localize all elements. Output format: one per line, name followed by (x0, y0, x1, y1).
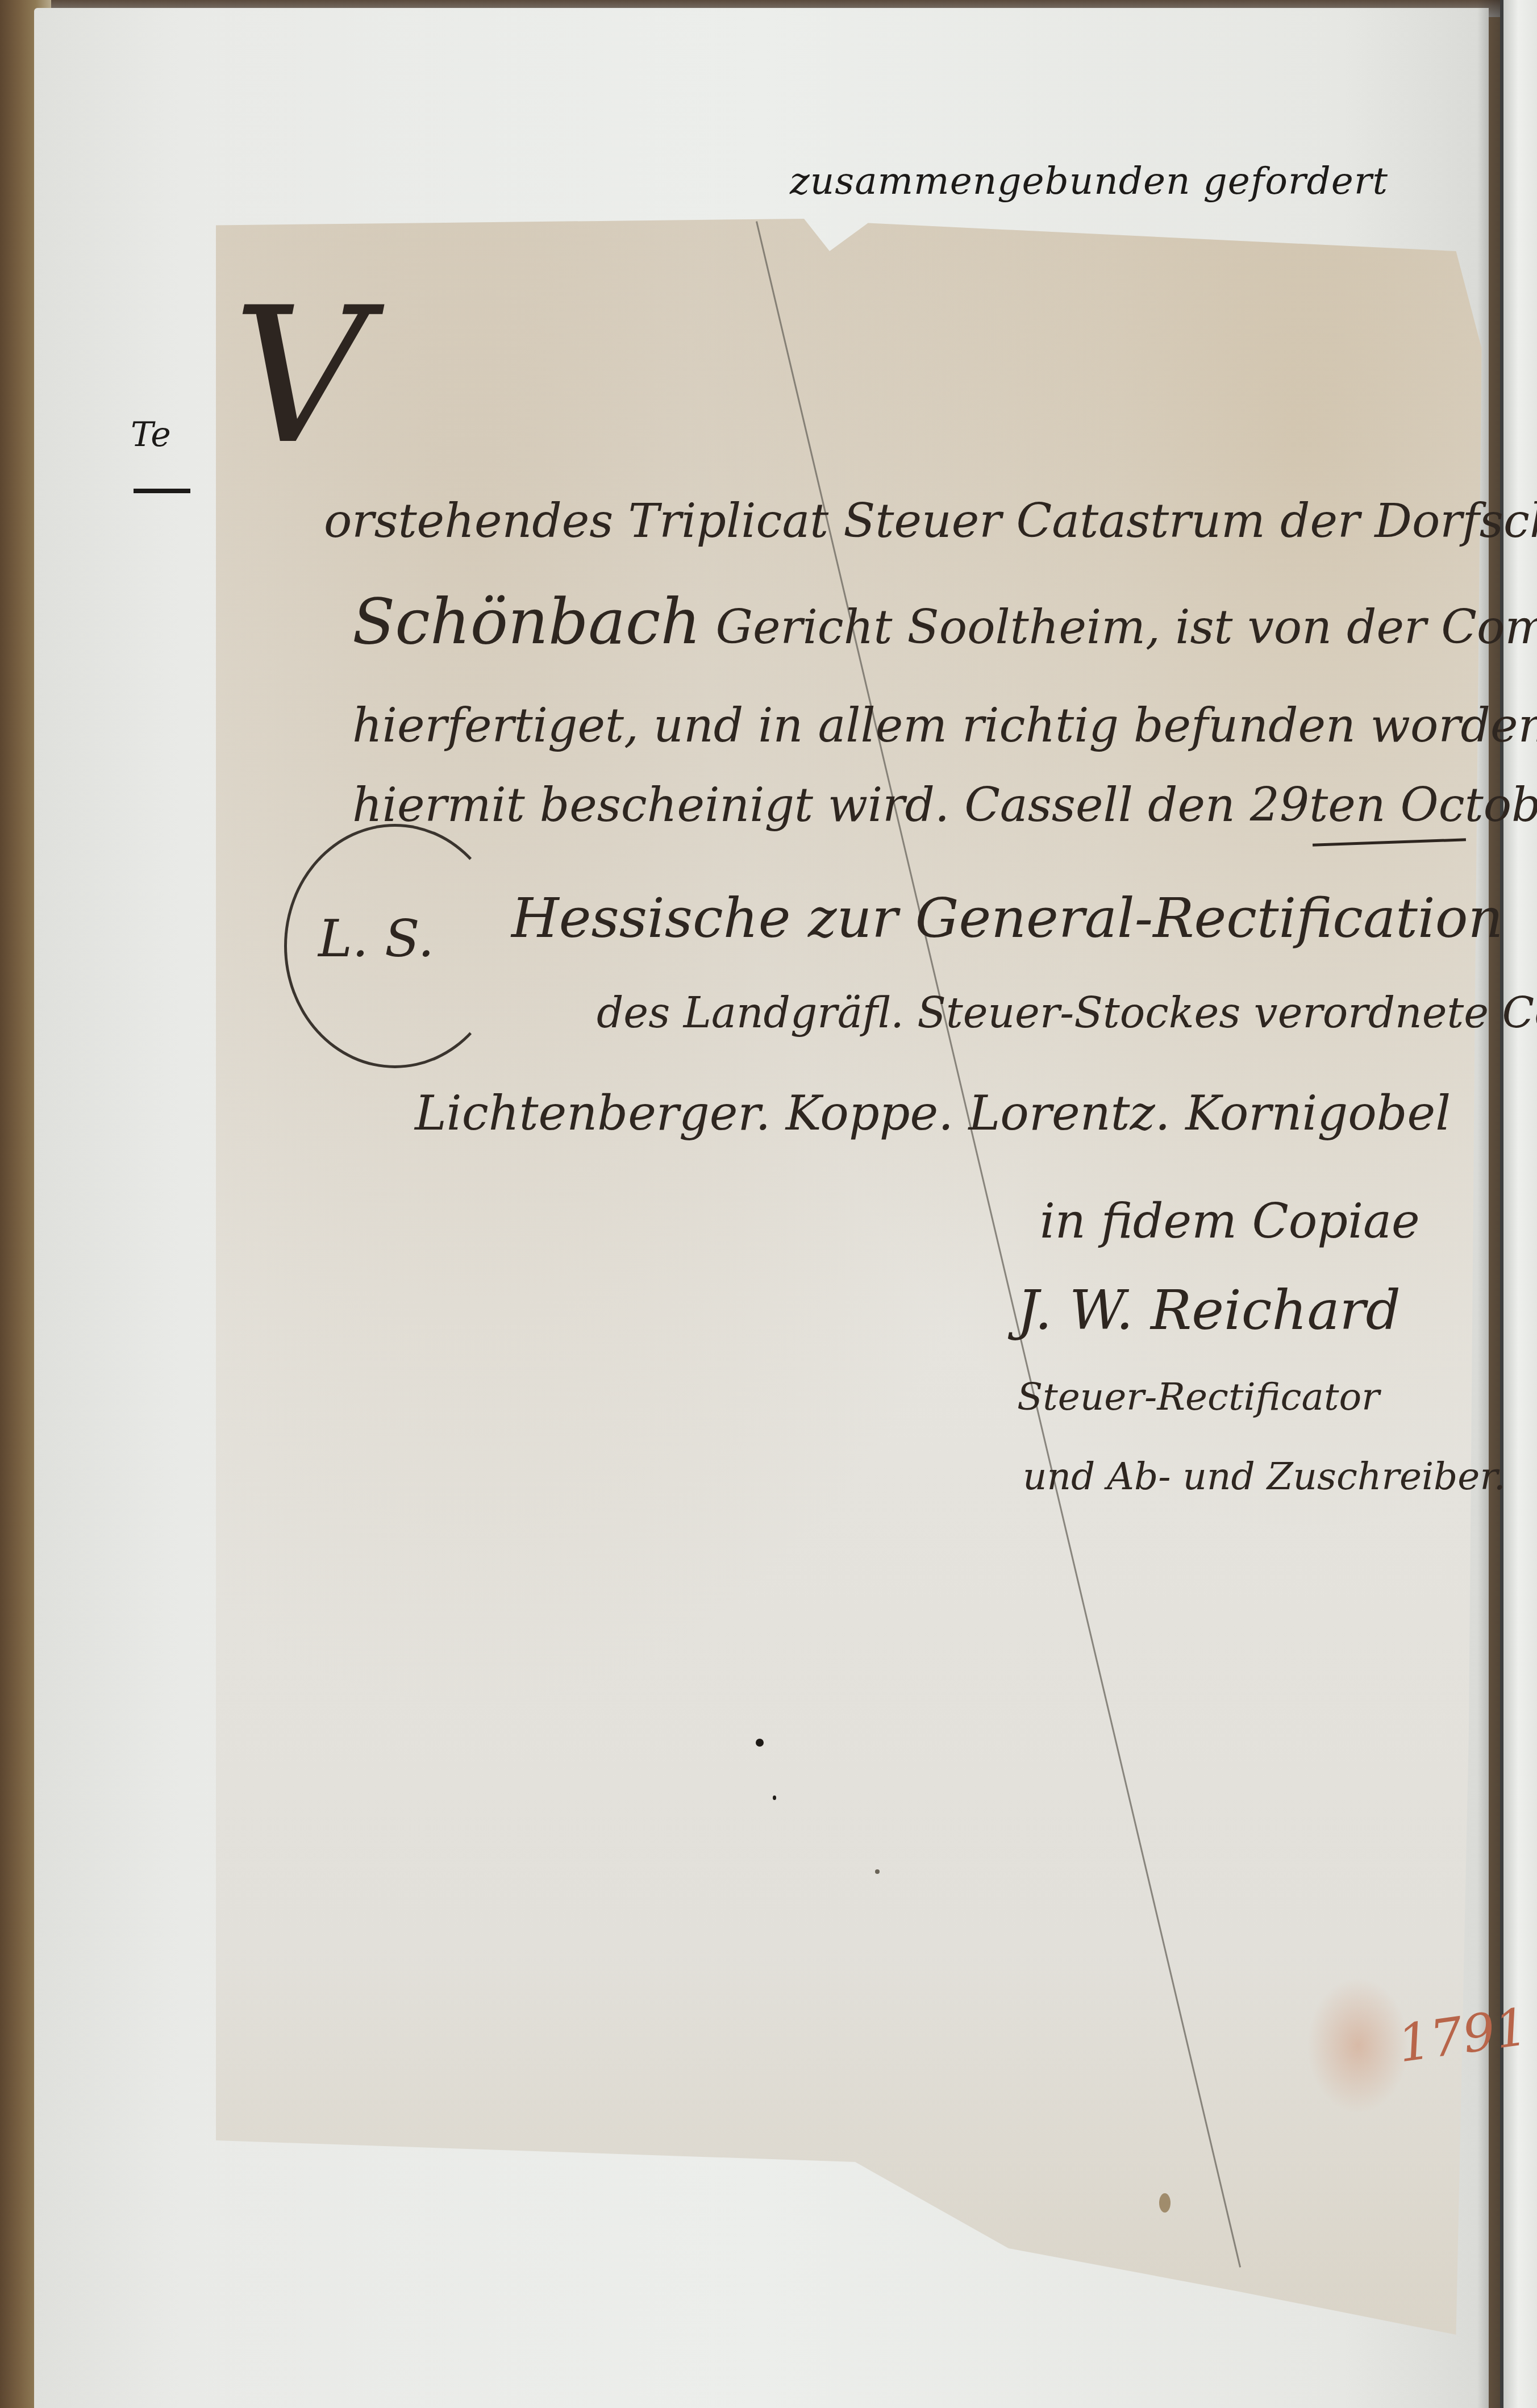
signer-title-2: und Ab- und Zuschreiber. (1023, 1455, 1506, 1498)
town-name: Schönbach (352, 585, 701, 658)
attestation: in fidem Copiae (1040, 1193, 1420, 1249)
text-line-2: Schönbach Gericht Sooltheim, ist von der… (352, 585, 1537, 658)
text-line-1: orstehendes Triplicat Steuer Catastrum d… (324, 494, 1537, 548)
initial-letter: V (233, 267, 368, 485)
ink-spot (1159, 2193, 1171, 2213)
seal-label: L. S. (318, 909, 434, 969)
text-line-2-rest: Gericht Sooltheim, ist von der Commissio… (715, 601, 1537, 655)
header-note: zusammengebunden gefordert (790, 159, 1388, 203)
signatories: Lichtenberger. Koppe. Lorentz. Kornigobe… (415, 1085, 1451, 1141)
ink-spot (756, 1739, 764, 1747)
text-line-3: hierfertiget, und in allem richtig befun… (352, 699, 1537, 753)
ink-spot (773, 1795, 776, 1800)
text-line-4: hiermit bescheinigt wird. Cassell den 29… (352, 778, 1537, 832)
signer-name: J. W. Reichard (1017, 1278, 1401, 1342)
commission-subtitle: des Landgräfl. Steuer-Stockes verordnete… (597, 989, 1537, 1038)
margin-note: Te (131, 415, 171, 455)
margin-rule (134, 489, 190, 493)
red-stain (1307, 1977, 1409, 2114)
signer-title-1: Steuer-Rectificator (1017, 1375, 1380, 1419)
commission-title: Hessische zur General-Rectification (511, 886, 1503, 950)
ink-spot (875, 1869, 880, 1874)
